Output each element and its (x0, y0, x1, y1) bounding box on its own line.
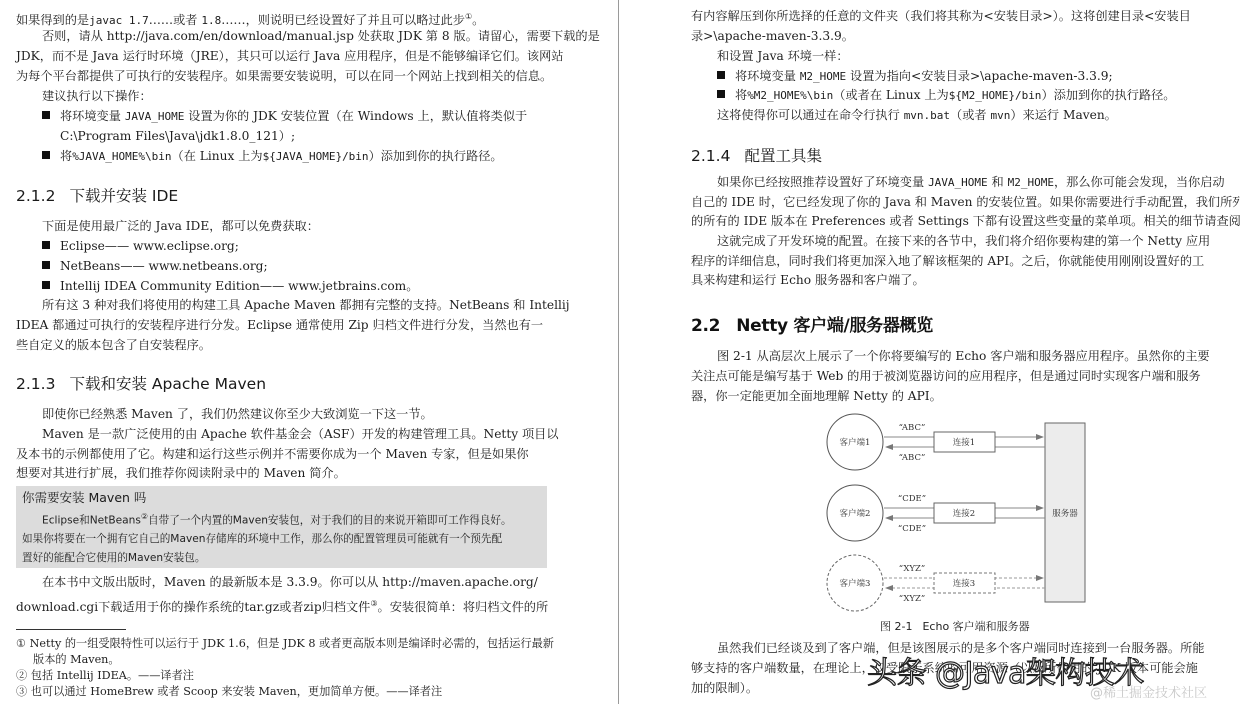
server-label: 服务器 (1052, 508, 1078, 519)
figure-number: 图 2-1 (880, 620, 912, 633)
client-label: 客户端3 (840, 578, 871, 589)
figure-title: Echo 客户端和服务器 (922, 620, 1029, 633)
recv-label: “XYZ” (899, 593, 926, 604)
send-label: “CDE” (898, 493, 926, 504)
send-label: “ABC” (899, 422, 926, 433)
recv-label: “ABC” (899, 452, 926, 463)
client-label: 客户端2 (840, 508, 871, 519)
figure-echo-diagram: 服务器 客户端1 连接1 “ABC” “ABC” 客户端2 连接2 “CDE” … (0, 0, 1240, 704)
client-2-group: 客户端2 连接2 “CDE” “CDE” (827, 485, 1045, 541)
figure-caption: 图 2-1Echo 客户端和服务器 (880, 618, 1030, 634)
connection-label: 连接3 (953, 578, 975, 589)
watermark-juejin: @稀土掘金技术社区 (1090, 682, 1207, 701)
send-label: “XYZ” (899, 563, 926, 574)
connection-label: 连接1 (953, 437, 975, 448)
connection-label: 连接2 (953, 508, 975, 519)
paragraph-line: 加的限制）。 (691, 679, 758, 698)
client-1-group: 客户端1 连接1 “ABC” “ABC” (827, 414, 1045, 470)
client-label: 客户端1 (840, 437, 871, 448)
client-3-group: 客户端3 连接3 “XYZ” “XYZ” (827, 555, 1045, 611)
recv-label: “CDE” (898, 523, 926, 534)
